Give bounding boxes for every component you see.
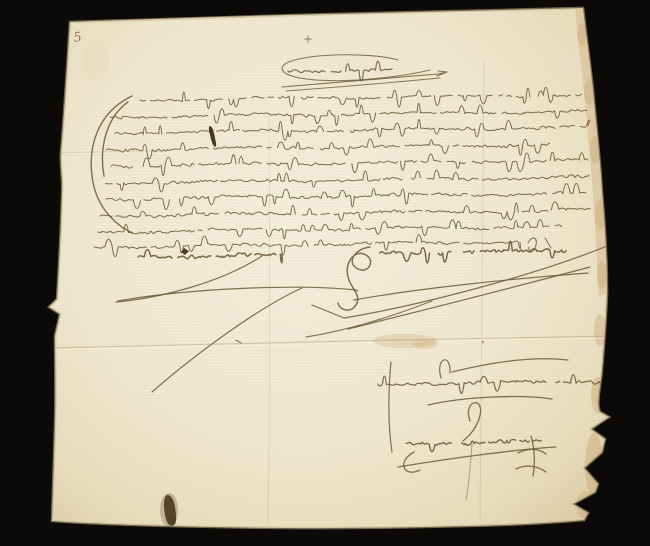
foxing-stain bbox=[412, 339, 438, 349]
manuscript-photo-svg: 5 + El Rey e la Reyna dense, largely ill… bbox=[0, 0, 650, 546]
ink-stain-halo bbox=[160, 493, 178, 527]
paper-tone-patch bbox=[510, 454, 570, 486]
invocation-cross-mark: + bbox=[303, 32, 313, 46]
paper-sheet bbox=[40, 0, 620, 546]
crease-intersection-dot bbox=[482, 341, 485, 344]
manuscript-photograph: 5 + El Rey e la Reyna dense, largely ill… bbox=[0, 0, 650, 546]
paper-tone-patch bbox=[82, 40, 110, 80]
